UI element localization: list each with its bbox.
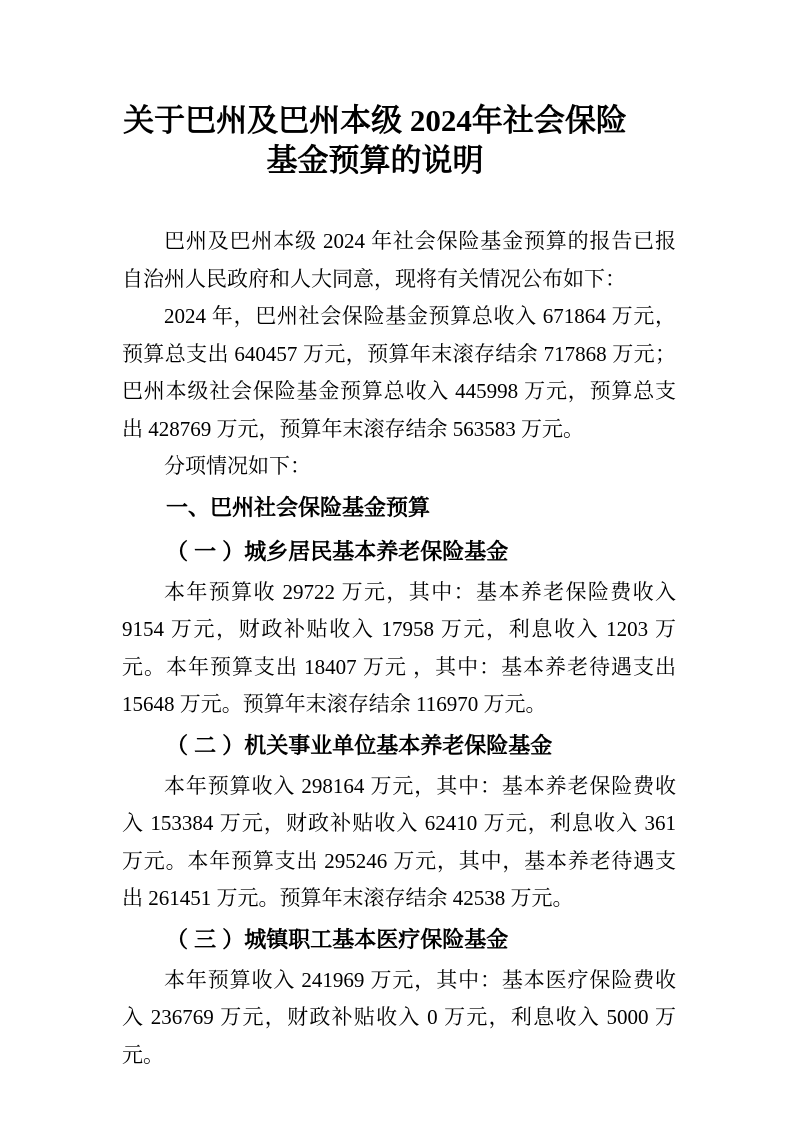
subsection-1-paragraph: 本年预算收 29722 万元，其中：基本养老保险费收入 9154 万元，财政补贴… — [122, 574, 676, 724]
lead-in-line: 分项情况如下： — [122, 448, 676, 486]
summary-paragraph: 2024 年，巴州社会保险基金预算总收入 671864 万元，预算总支出 640… — [122, 298, 676, 448]
subsection-2-heading: （ 二 ）机关事业单位基本养老保险基金 — [122, 724, 676, 768]
document-title: 关于巴州及巴州本级 2024年社会保险 基金预算的说明 — [122, 101, 676, 181]
subsection-2-paragraph: 本年预算收入 298164 万元，其中：基本养老保险费收入 153384 万元，… — [122, 768, 676, 918]
document-body: 巴州及巴州本级 2024 年社会保险基金预算的报告已报自治州人民政府和人大同意，… — [122, 223, 676, 1074]
subsection-3-paragraph: 本年预算收入 241969 万元，其中：基本医疗保险费收入 236769 万元，… — [122, 962, 676, 1075]
document-title-line-1: 关于巴州及巴州本级 2024年社会保险 — [122, 101, 628, 141]
intro-paragraph: 巴州及巴州本级 2024 年社会保险基金预算的报告已报自治州人民政府和人大同意，… — [122, 223, 676, 298]
subsection-1-heading: （ 一 ）城乡居民基本养老保险基金 — [122, 530, 676, 574]
document-page: 关于巴州及巴州本级 2024年社会保险 基金预算的说明 巴州及巴州本级 2024… — [0, 0, 793, 1122]
document-title-line-2: 基金预算的说明 — [122, 141, 628, 181]
subsection-3-heading: （ 三 ）城镇职工基本医疗保险基金 — [122, 918, 676, 962]
section-1-heading: 一、巴州社会保险基金预算 — [122, 486, 676, 530]
